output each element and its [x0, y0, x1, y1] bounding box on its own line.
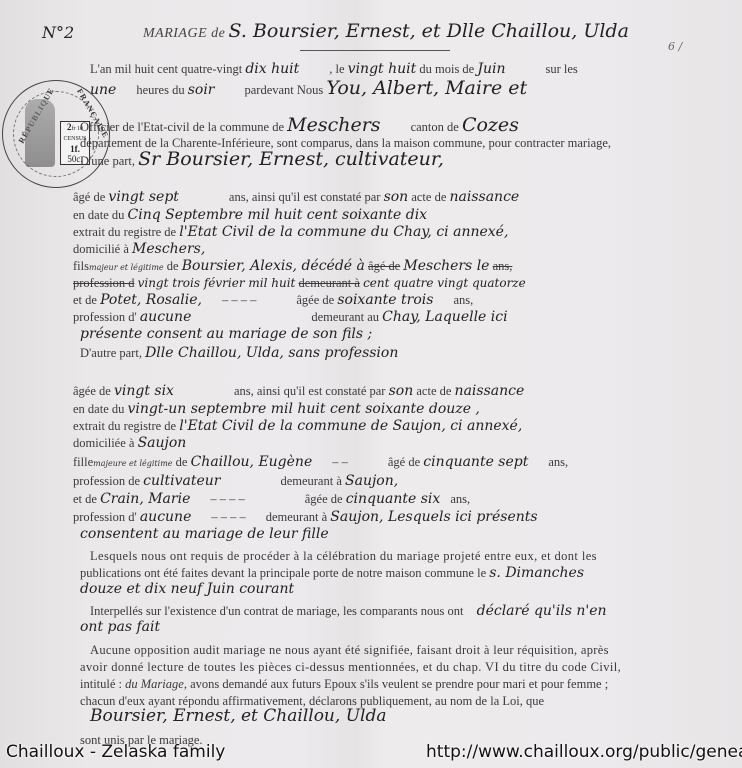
closing-publications: publications ont été faites devant la pr… — [80, 566, 584, 580]
bride-mother-prof-line: profession d' aucune– – – –demeurant à S… — [73, 510, 538, 524]
corner-mark: 6 / — [668, 40, 682, 54]
line-une-part: D'une part, Sr Boursier, Ernest, cultiva… — [80, 152, 444, 168]
bride-consent-line: consentent au mariage de leur fille — [80, 527, 329, 541]
bride-mother-line: et de Crain, Marie– – – –âgée de cinquan… — [73, 492, 470, 506]
line-autre-part: D'autre part, Dlle Chaillou, Ulda, sans … — [80, 346, 398, 360]
record-number: N°2 — [42, 26, 74, 40]
groom-father-death-line: profession d vingt trois février mil hui… — [73, 276, 526, 290]
bride-date-line: en date du vingt-un septembre mil huit c… — [73, 402, 480, 416]
groom-date-line: en date du Cinq Septembre mil huit cent … — [73, 208, 427, 222]
groom-age-line: âgé de vingt septans, ainsi qu'il est co… — [73, 190, 519, 204]
closing-dates: douze et dix neuf Juin courant — [80, 582, 294, 596]
closing-intitule: intitulé : du Mariage, avons demandé aux… — [80, 677, 608, 691]
bride-father-line: fillemajeure et légitime de Chaillou, Eu… — [73, 455, 568, 471]
title-printed: MARIAGE de — [143, 26, 225, 41]
bride-age-line: âgée de vingt sixans, ainsi qu'il est co… — [73, 384, 524, 398]
groom-registre-line: extrait du registre de l'Etat Civil de l… — [73, 225, 508, 239]
title-handwritten: S. Boursier, Ernest, et Dlle Chaillou, U… — [228, 20, 628, 42]
groom-father-line: filsmajeur et légitime de Boursier, Alex… — [73, 259, 512, 275]
groom-consent-line: présente consent au mariage de son fils … — [80, 327, 372, 341]
closing-lecture: avoir donné lecture de toutes les pièces… — [80, 660, 621, 674]
stamp-figure-icon — [25, 99, 55, 167]
line-officer: Officier de l'Etat-civil de la commune d… — [80, 118, 519, 134]
groom-mother-prof-line: profession d' aucunedemeurant au Chay, L… — [73, 310, 508, 324]
watermark-family: Chailloux - Zelaska family — [6, 742, 225, 762]
closing-requis: Lesquels nous ont requis de procéder à l… — [90, 549, 597, 563]
groom-mother-line: et de Potet, Rosalie,– – – –âgée de soix… — [73, 293, 473, 307]
groom-domicile-line: domicilié à Meschers, — [73, 242, 205, 256]
closing-contrat-answer: ont pas fait — [80, 620, 160, 634]
record-title: MARIAGE de S. Boursier, Ernest, et Dlle … — [143, 24, 629, 41]
bride-father-prof-line: profession de cultivateurdemeurant à Sau… — [73, 474, 398, 488]
title-underline — [300, 50, 450, 51]
line-year: L'an mil huit cent quatre-vingt dix huit… — [90, 62, 578, 76]
closing-opposition: Aucune opposition audit mariage ne nous … — [90, 643, 609, 657]
closing-contrat: Interpellés sur l'existence d'un contrat… — [90, 604, 607, 618]
closing-spouses: Boursier, Ernest, et Chaillou, Ulda — [90, 709, 386, 723]
watermark-url: http://www.chailloux.org/public/geneal/ — [426, 742, 742, 762]
bride-domicile-line: domiciliée à Saujon — [73, 436, 186, 450]
bride-registre-line: extrait du registre de l'Etat Civil de l… — [73, 419, 522, 433]
line-hour: uneheures du soirpardevant Nous You, Alb… — [90, 81, 527, 97]
